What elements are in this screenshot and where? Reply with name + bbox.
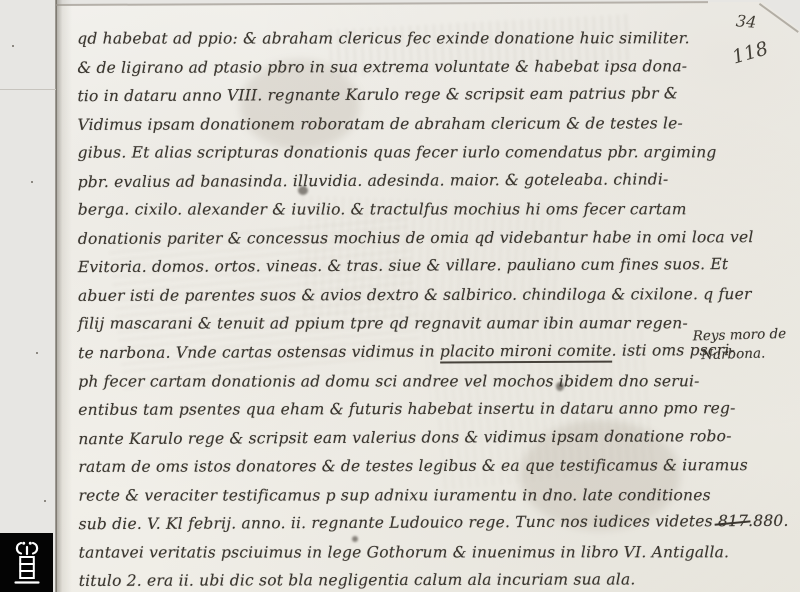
dust-speck bbox=[31, 181, 33, 183]
line-segment: . isti oms pscri- bbox=[612, 341, 735, 360]
manuscript-line: & de ligirano ad ptasio pbro in sua extr… bbox=[77, 52, 739, 82]
dust-speck bbox=[36, 352, 38, 354]
line-segment: te narbona. Vnde cartas ostensas vidimus… bbox=[78, 342, 440, 362]
manuscript-line: berga. cixilo. alexander & iuvilio. & tr… bbox=[78, 196, 740, 225]
struck-number: 817 bbox=[718, 507, 748, 536]
line-segment: sub die. V. Kl febrij. anno. ii. regnant… bbox=[79, 512, 718, 533]
manuscript-line-iudices: sub die. V. Kl febrij. anno. ii. regnant… bbox=[78, 507, 740, 539]
manuscript-line: tantavei veritatis psciuimus in lege Got… bbox=[79, 538, 741, 567]
manuscript-line: abuer isti de parentes suos & avios dext… bbox=[78, 280, 740, 310]
manuscript-line: Vidimus ipsam donationem roboratam de ab… bbox=[77, 109, 739, 139]
manuscript-line: recte & veraciter testificamus p sup adn… bbox=[78, 481, 740, 510]
archive-stamp bbox=[0, 533, 53, 592]
manuscript-line: gibus. Et alias scripturas donationis qu… bbox=[78, 138, 740, 167]
manuscript-line-placito: te narbona. Vnde cartas ostensas vidimus… bbox=[78, 336, 740, 368]
dust-speck bbox=[12, 45, 14, 47]
manuscript-line: nante Karulo rege & scripsit eam valeriu… bbox=[78, 422, 740, 454]
manuscript-line: qd habebat ad ppio: & abraham clericus f… bbox=[77, 24, 739, 53]
manuscript-line: Evitoria. domos. ortos. vineas. & tras. … bbox=[78, 250, 740, 282]
manuscript-line: ph fecer cartam donationis ad domu sci a… bbox=[78, 367, 740, 396]
archive-seal-icon bbox=[12, 540, 42, 586]
dust-speck bbox=[44, 500, 46, 502]
manuscript-line: filij mascarani & tenuit ad ppium tpre q… bbox=[78, 310, 740, 339]
manuscript-line: tio in dataru anno VIII. regnante Karulo… bbox=[77, 79, 739, 111]
manuscript-line: entibus tam psentes qua eham & futuris h… bbox=[78, 394, 740, 424]
manuscript-line: donationis pariter & concessus mochius d… bbox=[78, 223, 740, 253]
manuscript-text-block: qd habebat ad ppio: & abraham clericus f… bbox=[77, 23, 740, 592]
underlined-phrase: placito mironi comite bbox=[440, 342, 612, 363]
manuscript-line: ratam de oms istos donatores & de testes… bbox=[78, 451, 740, 481]
scanner-crease-line bbox=[0, 89, 56, 90]
line-segment: .880. bbox=[748, 512, 789, 530]
manuscript-line: titulo 2. era ii. ubi dic sot bla neglig… bbox=[79, 566, 741, 592]
manuscript-line: pbr. evalius ad banasinda. illuvidia. ad… bbox=[78, 165, 740, 197]
